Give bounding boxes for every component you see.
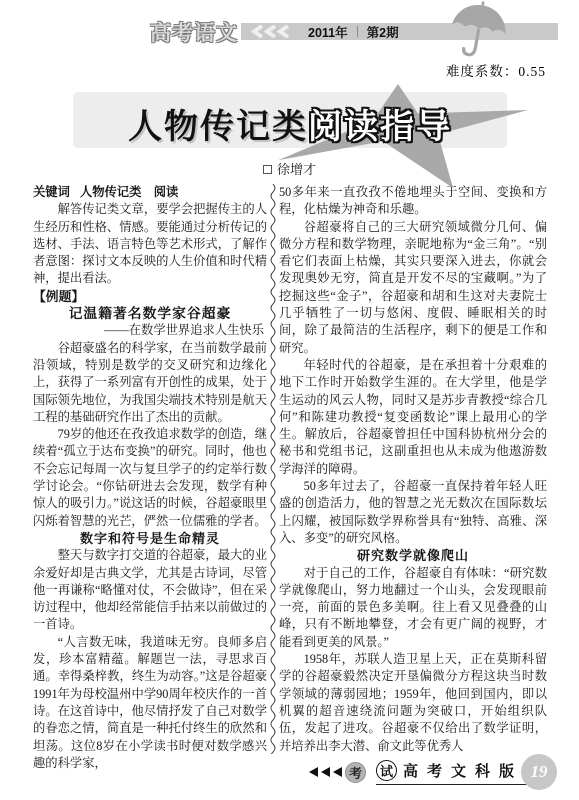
keywords-line: 关键词人物传记类 阅读 [33, 184, 267, 201]
page-footer: 考 试 高考文科版 19 [309, 754, 557, 790]
byline-square-icon [263, 165, 272, 174]
essay-paragraph-10: 1958年，苏联人造卫星上天，正在莫斯科留学的谷超豪毅然决定开垦偏微分方程这块当… [279, 651, 547, 755]
page-title-outline: 阅读指导 [308, 108, 452, 146]
footer-badge-shi: 试 [376, 760, 397, 781]
keywords-value: 人物传记类 阅读 [80, 185, 178, 199]
intro-paragraph: 解答传记类文章，要学会把握传主的人生经历和性格、情感。要能通过分析传记的选材、手… [33, 201, 267, 287]
left-column: 关键词人物传记类 阅读 解答传记类文章，要学会把握传主的人生经历和性格、情感。要… [33, 184, 267, 772]
column-divider-wave [271, 184, 275, 754]
essay-paragraph-6: 谷超豪将自己的三大研究领域微分几何、偏微分方程和数学物理，亲昵地称为“金三角”。… [279, 219, 547, 357]
issue-year: 2011年 [308, 23, 348, 41]
footer-badge-kao: 考 [345, 762, 366, 783]
footer-arrow-icon [309, 767, 318, 777]
page-number: 19 [521, 754, 557, 790]
essay-paragraph-9: 对于自己的工作，谷超豪自有体味：“研究数学就像爬山，努力地翻过一个山头，会发现眼… [279, 565, 547, 651]
title-band: 人物传记类阅读指导 [73, 92, 507, 148]
umbrella-icon [442, 0, 514, 70]
essay-subtitle: ——在数学世界追求人生快乐 [33, 322, 267, 339]
page-title: 人物传记类阅读指导 [73, 99, 507, 148]
column-divider [267, 184, 279, 772]
masthead-logo: 高考语文 [150, 17, 238, 47]
footer-arrow-icon [321, 767, 330, 777]
magazine-page: 高考语文 2011年 第2期 难度系数：0.55 人物传记类阅读指导 徐增才 关… [0, 0, 579, 800]
chevrons-icon [250, 25, 292, 38]
issue-number: 第2期 [367, 23, 399, 41]
essay-paragraph-3: 整天与数字打交道的谷超豪，最大的业余爱好却是古典文学，尤其是古诗词，尽管他一再谦… [33, 547, 267, 633]
essay-paragraph-7: 年轻时代的谷超豪，是在承担着十分艰难的地下工作时开始数学生涯的。在大学里，他是学… [279, 357, 547, 478]
right-column: 50多年来一直孜孜不倦地埋头于空间、变换和方程，化枯燥为神奇和乐趣。 谷超豪将自… [279, 184, 547, 772]
essay-paragraph-4: “人言数无味，我道味无穷。良师多启发，珍本富精蕴。解题岂一法，寻思求百通。幸得桑… [33, 634, 267, 772]
footer-arrow-icon [333, 767, 342, 777]
essay-paragraph-2: 79岁的他还在孜孜追求数学的创造，继续着“孤立于达布变换”的研究。同时，他也不会… [33, 426, 267, 530]
example-label: 【例题】 [33, 288, 267, 305]
essay-title: 记温籍著名数学家谷超豪 [33, 305, 267, 322]
essay-paragraph-5: 50多年来一直孜孜不倦地埋头于空间、变换和方程，化枯燥为神奇和乐趣。 [279, 184, 547, 219]
essay-paragraph-8: 50多年过去了，谷超豪一直保持着年轻人旺盛的创造活力，他的智慧之光无数次在国际数… [279, 478, 547, 547]
issue-separator [357, 26, 358, 37]
edition-label: 高考文科版 [403, 760, 535, 781]
article-body: 关键词人物传记类 阅读 解答传记类文章，要学会把握传主的人生经历和性格、情感。要… [33, 184, 547, 772]
subheading-1: 数字和符号是生命精灵 [33, 530, 267, 547]
subheading-2: 研究数学就像爬山 [279, 547, 547, 564]
essay-paragraph-1: 谷超豪盛名的科学家，在当前数学最前沿领域，特别是数学的交叉研究和边缘化上，获得了… [33, 340, 267, 426]
page-title-solid: 人物传记类 [128, 108, 308, 146]
footer-edition-group: 试 高考文科版 [376, 760, 535, 785]
keywords-label: 关键词 [33, 185, 70, 199]
